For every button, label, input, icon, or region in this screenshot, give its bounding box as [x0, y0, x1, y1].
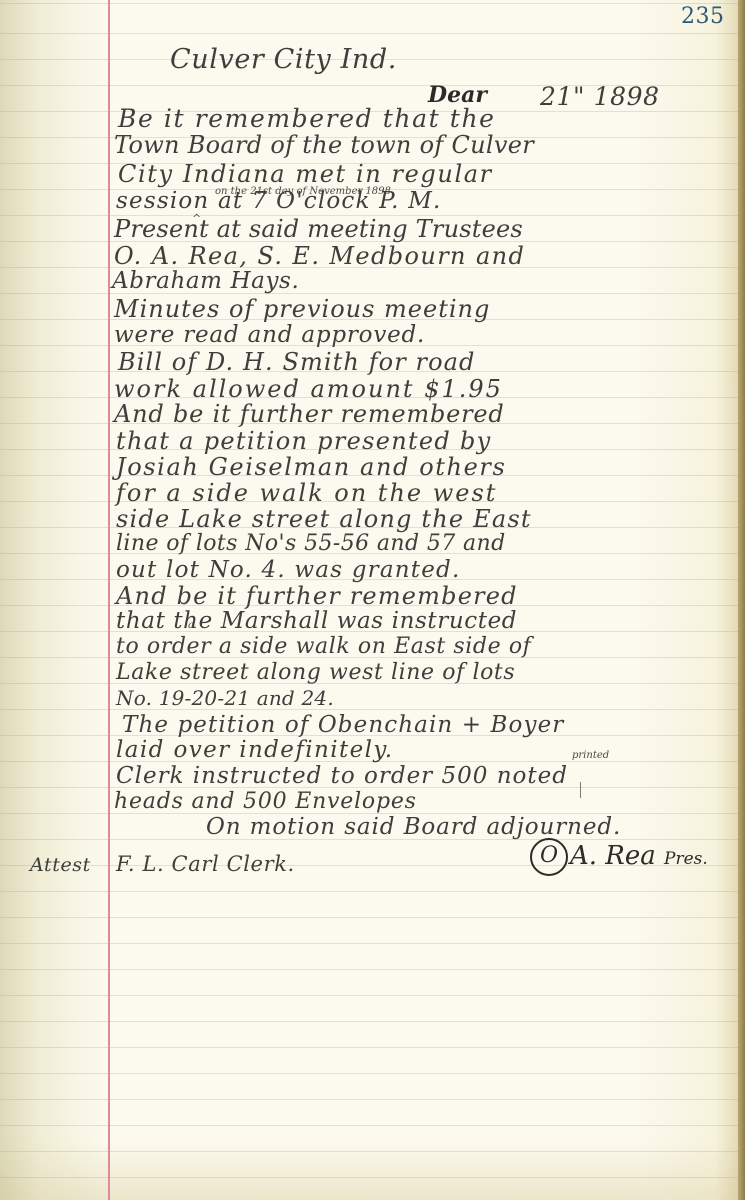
minutes-line: session at 7 O'clock P. M.	[116, 188, 441, 214]
minutes-line: to order a side walk on East side of	[116, 634, 531, 659]
minutes-line: Clerk instructed to order 500 noted	[116, 763, 568, 789]
minutes-line: And be it further remembered	[116, 582, 518, 610]
president-signature: OA. Rea Pres.	[530, 838, 708, 876]
red-margin-rule	[108, 0, 110, 1200]
minutes-line: out lot No. 4. was granted.	[116, 557, 460, 583]
clerk-signature: F. L. Carl Clerk.	[116, 852, 295, 876]
signature-name: A. Rea	[570, 841, 656, 871]
minutes-line: And be it further remembered	[114, 400, 505, 428]
page-binding-edge	[738, 0, 745, 1200]
minutes-line: Present at said meeting Trustees	[114, 215, 523, 243]
minutes-line: Bill of D. H. Smith for road	[118, 348, 476, 376]
minutes-line: were read and approved.	[114, 322, 425, 348]
minutes-line: Abraham Hays.	[112, 268, 299, 294]
minutes-line: Town Board of the town of Culver	[114, 131, 534, 159]
minutes-line: No. 19-20-21 and 24.	[116, 686, 334, 710]
page-number: 235	[681, 4, 725, 29]
minutes-line: Josiah Geiselman and others	[116, 453, 506, 481]
minutes-line: Be it remembered that the	[118, 104, 496, 133]
minutes-line: side Lake street along the East	[116, 505, 532, 533]
attest-label: Attest	[30, 854, 91, 876]
minutes-line: City Indiana met in regular	[118, 160, 493, 188]
minutes-line: that a petition presented by	[116, 427, 492, 455]
interlinear-printed-insert: printed	[572, 750, 609, 761]
signature-initial: O	[530, 838, 568, 876]
heading-date: 21" 1898	[540, 82, 660, 111]
signature-title: Pres.	[664, 849, 708, 869]
minutes-line: The petition of Obenchain + Boyer	[122, 712, 564, 738]
minutes-line: for a side walk on the west	[116, 479, 497, 507]
minutes-line: line of lots No's 55-56 and 57 and	[116, 531, 506, 556]
minutes-line: laid over indefinitely.	[116, 737, 393, 763]
interlinear-a-insert: a	[188, 620, 194, 631]
minutes-line: Lake street along west line of lots	[116, 660, 515, 685]
minutes-line: O. A. Rea, S. E. Medbourn and	[114, 242, 525, 270]
minutes-line: that the Marshall was instructed	[116, 608, 517, 634]
minutes-line-adjourned: On motion said Board adjourned.	[206, 814, 621, 840]
insertion-mark	[580, 782, 581, 798]
minutes-line: heads and 500 Envelopes	[114, 789, 417, 814]
minutes-line: Minutes of previous meeting	[114, 295, 490, 323]
heading-place: Culver City Ind.	[170, 44, 397, 75]
ledger-page: 235 Culver City Ind. Dear 21" 1898 Be it…	[0, 0, 745, 1200]
minutes-line: work allowed amount $1.95	[114, 375, 503, 403]
